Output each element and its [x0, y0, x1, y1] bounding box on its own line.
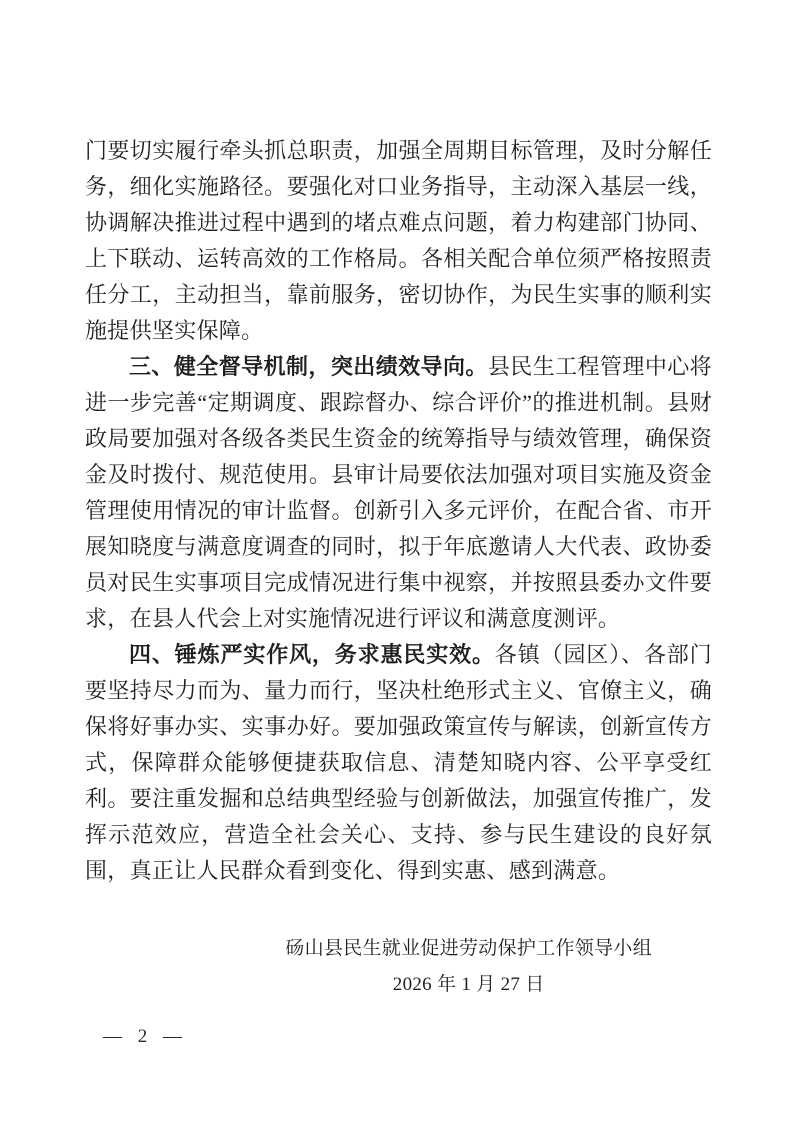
paragraph-section-four: 四、锤炼严实作风，务求惠民实效。各镇（园区）、各部门要坚持尽力而为、量力而行，坚… — [85, 637, 712, 889]
paragraph-text: 县民生工程管理中心将进一步完善“定期调度、跟踪督办、综合评价”的推进机制。县财政… — [85, 354, 712, 631]
signature-organization: 砀山县民生就业促进劳动保护工作领导小组 — [285, 931, 652, 967]
document-body: 门要切实履行牵头抓总职责，加强全周期目标管理，及时分解任务，细化实施路径。要强化… — [85, 133, 712, 889]
paragraph-continuation: 门要切实履行牵头抓总职责，加强全周期目标管理，及时分解任务，细化实施路径。要强化… — [85, 133, 712, 349]
page-number: — 2 — — [103, 1024, 185, 1050]
section-heading: 三、健全督导机制，突出绩效导向。 — [129, 354, 488, 379]
paragraph-section-three: 三、健全督导机制，突出绩效导向。县民生工程管理中心将进一步完善“定期调度、跟踪督… — [85, 349, 712, 637]
paragraph-text: 门要切实履行牵头抓总职责，加强全周期目标管理，及时分解任务，细化实施路径。要强化… — [85, 138, 712, 343]
section-heading: 四、锤炼严实作风，务求惠民实效。 — [129, 642, 495, 667]
signature-block: 砀山县民生就业促进劳动保护工作领导小组 2026 年 1 月 27 日 — [285, 931, 652, 1003]
signature-date: 2026 年 1 月 27 日 — [393, 967, 545, 1003]
document-page: 门要切实履行牵头抓总职责，加强全周期目标管理，及时分解任务，细化实施路径。要强化… — [0, 0, 793, 1122]
paragraph-text: 各镇（园区）、各部门要坚持尽力而为、量力而行，坚决杜绝形式主义、官僚主义，确保将… — [85, 642, 712, 883]
